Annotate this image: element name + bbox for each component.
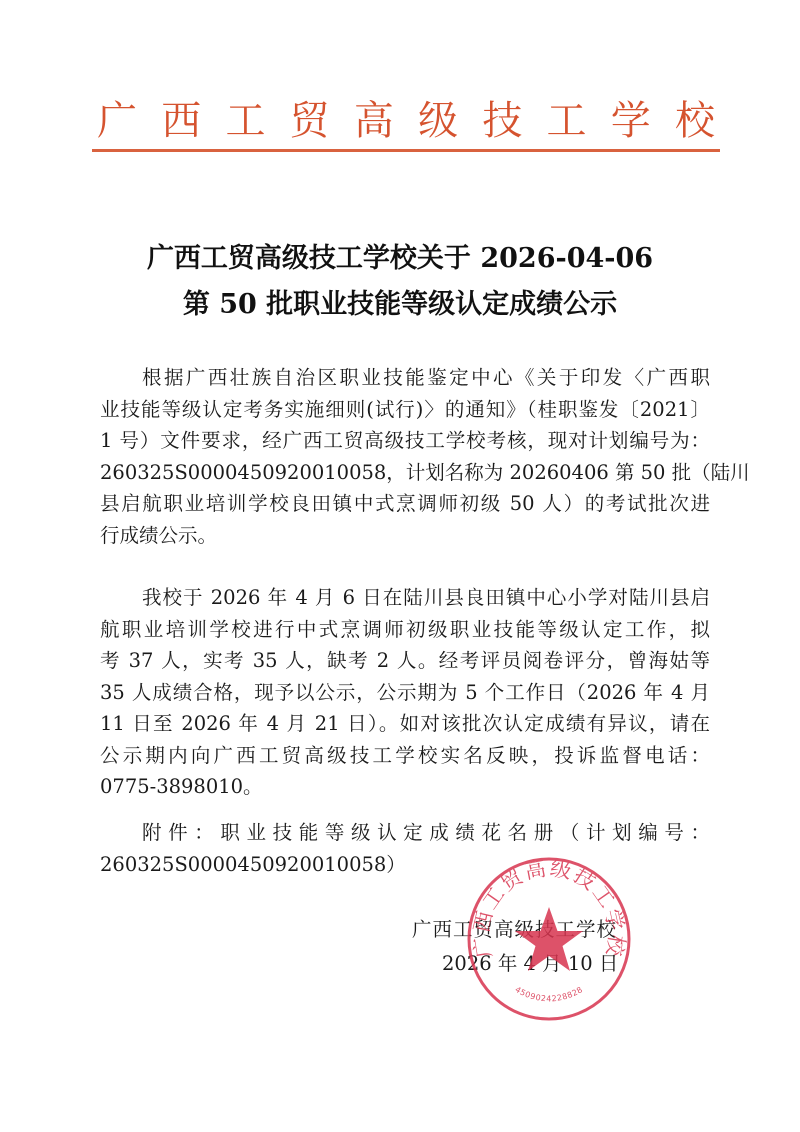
letterhead-char: 技	[477, 89, 527, 146]
letterhead-divider	[92, 149, 720, 152]
text-line: 260325S0000450920010058，计划名称为 20260406 第…	[100, 457, 710, 489]
text-line: 业技能等级认定考务实施细则(试行)〉的通知》（桂职鉴发〔2021〕	[100, 394, 710, 426]
text-line: 附件：职业技能等级认定成绩花名册（计划编号：	[100, 817, 710, 849]
signature-date: 2026 年 4 月 10 日	[442, 948, 618, 976]
letterhead-char: 校	[670, 89, 720, 146]
letterhead-char: 学	[606, 89, 656, 146]
text-line: 35 人成绩合格，现予以公示，公示期为 5 个工作日（2026 年 4 月	[100, 677, 710, 709]
letterhead-char: 高	[349, 89, 399, 146]
letterhead-char: 广	[92, 89, 142, 146]
text-line: 公示期内向广西工贸高级技工学校实名反映，投诉监督电话：	[100, 740, 710, 772]
letterhead-char: 级	[413, 89, 463, 146]
paragraph-basis: 根据广西壮族自治区职业技能鉴定中心《关于印发〈广西职 业技能等级认定考务实施细则…	[100, 362, 710, 551]
signature-org: 广西工贸高级技工学校	[412, 914, 617, 942]
text-line: 0775-3898010。	[100, 771, 710, 803]
paragraph-results: 我校于 2026 年 4 月 6 日在陆川县良田镇中心小学对陆川县启 航职业培训…	[100, 582, 710, 803]
text-line: 航职业培训学校进行中式烹调师初级职业技能等级认定工作，拟	[100, 614, 710, 646]
text-line: 260325S0000450920010058）	[100, 849, 710, 881]
paragraph-attachment: 附件：职业技能等级认定成绩花名册（计划编号： 260325S0000450920…	[100, 817, 710, 880]
letterhead-char: 工	[542, 89, 592, 146]
seal-code: 4509024228828	[514, 985, 585, 1003]
document-title-line1: 广西工贸高级技工学校关于 2026-04-06	[0, 236, 800, 275]
letterhead-char: 西	[156, 89, 206, 146]
text-line: 我校于 2026 年 4 月 6 日在陆川县良田镇中心小学对陆川县启	[100, 582, 710, 614]
letterhead: 广 西 工 贸 高 级 技 工 学 校	[92, 92, 720, 142]
text-line: 县启航职业培训学校良田镇中式烹调师初级 50 人）的考试批次进	[100, 488, 710, 520]
text-line: 11 日至 2026 年 4 月 21 日）。如对该批次认定成绩有异议，请在	[100, 708, 710, 740]
text-line: 根据广西壮族自治区职业技能鉴定中心《关于印发〈广西职	[100, 362, 710, 394]
text-line: 行成绩公示。	[100, 520, 710, 552]
letterhead-char: 工	[220, 89, 270, 146]
document-title-line2: 第 50 批职业技能等级认定成绩公示	[0, 282, 800, 321]
letterhead-char: 贸	[285, 89, 335, 146]
text-line: 考 37 人，实考 35 人，缺考 2 人。经考评员阅卷评分，曾海姑等	[100, 645, 710, 677]
text-line: 1 号）文件要求，经广西工贸高级技工学校考核，现对计划编号为：	[100, 425, 710, 457]
